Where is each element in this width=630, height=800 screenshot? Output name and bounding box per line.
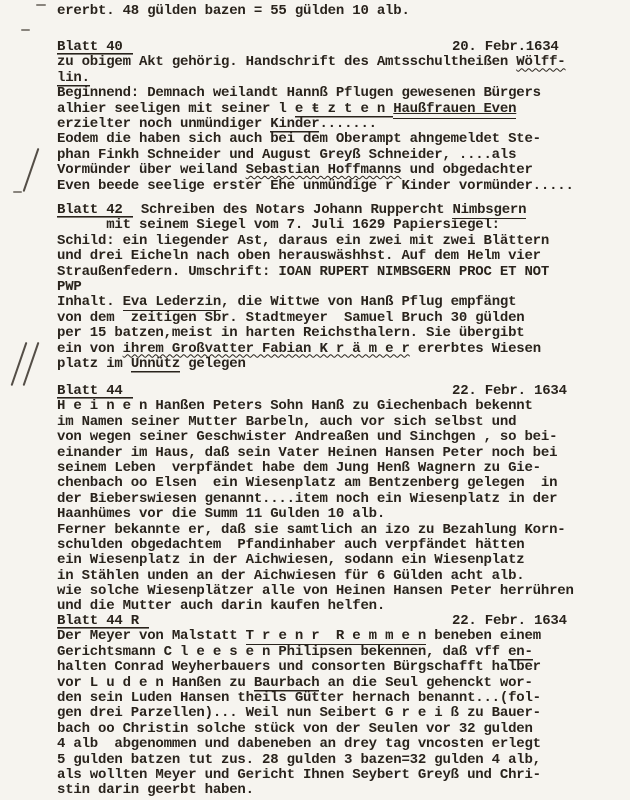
text-segment: und obgedachter <box>401 162 532 178</box>
text-line: H e i n e n Hanßen Peters Sohn Hanß zu G… <box>57 399 620 414</box>
text-segment: zu obigem Akt gehörig. Handschrift des A… <box>57 54 516 70</box>
handwritten-slash-mark <box>23 148 40 192</box>
text-line: ein Wiesenplatz in der Aichwiesen, sodan… <box>57 553 620 568</box>
underlined-text: Unnütz <box>131 356 180 373</box>
text-line: ein von ihrem Großvatter Fabian K r ä m … <box>57 342 620 357</box>
blatt-heading: Blatt 44 <box>57 383 133 399</box>
text-segment: einander im Haus, daß sein Vater Heinen … <box>57 445 557 461</box>
underlined-text: Wölff- <box>516 54 565 70</box>
pencil-dash-mark <box>36 4 46 6</box>
blatt-heading: Blatt 40 <box>57 39 133 55</box>
underlined-text: ihrem Großvatter Fabian K r ä m e r <box>123 341 410 357</box>
text-segment: ein von <box>57 341 123 357</box>
text-line: platz im Unnütz gelegen <box>57 357 620 372</box>
text-segment: ein Wiesenplatz in der Aichwiesen, sodan… <box>57 552 524 568</box>
text-segment: 4 alb abgenommen und dabeneben an drey t… <box>57 736 541 752</box>
document-section: Blatt 4422. Febr. 1634H e i n e n Hanßen… <box>57 384 620 615</box>
text-line: Haanhümes vor die Summ 11 Gulden 10 alb. <box>57 507 620 522</box>
blatt-heading: Blatt 44 R <box>57 613 149 629</box>
text-segment: Vormünder über weiland <box>57 162 246 178</box>
text-segment: wie solche Wiesenplätzer alle von Heinen… <box>57 583 574 599</box>
section-heading-row: Blatt 44 R22. Febr. 1634 <box>57 614 620 629</box>
document-section: Blatt 42 Schreiben des Notars Johann Rup… <box>57 203 620 372</box>
text-line: Ferner bekannte er, daß sie samtlich an … <box>57 523 620 538</box>
text-segment: vor L u d e n Hanßen zu <box>57 675 254 691</box>
text-segment: Beginnend: Demnach weilandt Hannß Pfluge… <box>57 85 541 101</box>
text-line: bach oo Christin solche stück von der Se… <box>57 722 620 737</box>
text-segment: ....... <box>319 116 376 132</box>
document-page: ererbt. 48 gülden bazen = 55 gülden 10 a… <box>0 0 630 800</box>
text-segment: gelegen <box>180 356 246 372</box>
text-segment: den sein Luden Hansen theils Gütter hern… <box>57 690 541 706</box>
text-segment: per 15 batzen,meist in harten Reichsthal… <box>57 325 524 341</box>
text-line: phan Finkh Schneider und August Greyß Sc… <box>57 148 620 163</box>
text-segment: H e i n e n Hanßen Peters Sohn Hanß zu G… <box>57 398 533 414</box>
text-line: PWP <box>57 280 620 295</box>
date-label: 22. Febr. 1634 <box>452 384 567 399</box>
text-line: Vormünder über weiland Sebastian Hoffman… <box>57 163 620 178</box>
text-line: den sein Luden Hansen theils Gütter hern… <box>57 691 620 706</box>
text-segment: und drei Eicheln nach oben herauswäshhst… <box>57 248 541 264</box>
text-line: zu obigem Akt gehörig. Handschrift des A… <box>57 55 620 70</box>
text-line: von wegen seiner Geschwister Andreaßen u… <box>57 430 620 445</box>
text-segment: seinem Leben verpfändet habe dem Jung He… <box>57 460 541 476</box>
text-segment: , die Wittwe von Hanß Pflug empfängt <box>221 294 516 310</box>
text-line: 4 alb abgenommen und dabeneben an drey t… <box>57 737 620 752</box>
text-segment: als wollten Meyer und Gericht Ihnen Seyb… <box>57 767 541 783</box>
text-segment: gen drei Parzellen)... Weil nun Seibert … <box>57 705 541 721</box>
text-line: einander im Haus, daß sein Vater Heinen … <box>57 446 620 461</box>
underlined-text: Sebastian Hoffmanns <box>246 162 402 178</box>
text-line: gen drei Parzellen)... Weil nun Seibert … <box>57 706 620 721</box>
text-line: Even beede seelige erster Ehe unmündige … <box>57 179 620 194</box>
text-line: Eodem die haben sich auch bei dem Oberam… <box>57 132 620 147</box>
text-line: und drei Eicheln nach oben herauswäshhst… <box>57 249 620 264</box>
text-segment: PWP <box>57 279 82 295</box>
text-segment: von dem zeitigen Sbr. Stadtmeyer Samuel … <box>57 310 524 326</box>
text-segment: ererbtes Wiesen <box>410 341 541 357</box>
text-line: Inhalt. Eva Lederzin, die Wittwe von Han… <box>57 295 620 310</box>
text-segment: stin darin geerbt haben. <box>57 782 254 798</box>
text-line: ererbt. 48 gülden bazen = 55 gülden 10 a… <box>57 4 620 19</box>
text-line: Schild: ein liegender Ast, daraus ein zw… <box>57 234 620 249</box>
text-line: mit seinem Siegel vom 7. Juli 1629 Papie… <box>57 218 620 233</box>
text-line: in Stählen unden an der Aichwiesen für 6… <box>57 569 620 584</box>
pencil-dash-mark <box>21 29 30 31</box>
text-line: stin darin geerbt haben. <box>57 783 620 798</box>
text-segment: der Bieberswiesen genannt....item noch e… <box>57 491 557 507</box>
document-section: Blatt 4020. Febr.1634zu obigem Akt gehör… <box>57 40 620 194</box>
text-segment: Straußenfedern. Umschrift: IOAN RUPERT N… <box>57 264 549 280</box>
text-segment: Der Meyer von Malstatt <box>57 628 246 644</box>
text-segment: halten Conrad Weyherbauers und consorten… <box>57 659 541 675</box>
section-heading-row: Blatt 4020. Febr.1634 <box>57 40 620 55</box>
text-line: der Bieberswiesen genannt....item noch e… <box>57 492 620 507</box>
text-segment: phan Finkh Schneider und August Greyß Sc… <box>57 147 516 163</box>
text-line: Der Meyer von Malstatt T r e n r R e m m… <box>57 629 620 644</box>
text-line: alhier seeligen mit seiner l e ŧ z t e n… <box>57 102 620 117</box>
text-segment: Schild: ein liegender Ast, daraus ein zw… <box>57 233 549 249</box>
text-line: schulden obgedachtem Pfandinhaber auch v… <box>57 538 620 553</box>
text-line: chenbach oo Elsen ein Wiesenplatz am Ben… <box>57 476 620 491</box>
date-label: 22. Febr. 1634 <box>452 614 567 629</box>
text-segment: Ferner bekannte er, daß sie samtlich an … <box>57 522 566 538</box>
text-segment: alhier seeligen mit seiner l <box>57 101 295 117</box>
text-line: seinem Leben verpfändet habe dem Jung He… <box>57 461 620 476</box>
text-line: im Namen seiner Mutter Barbeln, auch vor… <box>57 415 620 430</box>
section-heading-row: Blatt 42 Schreiben des Notars Johann Rup… <box>57 203 620 218</box>
text-line: erzielter noch unmündiger Kinder....... <box>57 117 620 132</box>
text-line: als wollten Meyer und Gericht Ihnen Seyb… <box>57 768 620 783</box>
text-segment: Schreiben des Notars Johann Ruppercht <box>133 202 453 218</box>
document-section: Blatt 44 R22. Febr. 1634Der Meyer von Ma… <box>57 614 620 799</box>
text-segment: von wegen seiner Geschwister Andreaßen u… <box>57 429 557 445</box>
text-line: 5 gulden batzen tut zus. 28 gulden 3 baz… <box>57 753 620 768</box>
text-line: von dem zeitigen Sbr. Stadtmeyer Samuel … <box>57 311 620 326</box>
section-heading-row: Blatt 4422. Febr. 1634 <box>57 384 620 399</box>
blatt-heading: Blatt 42 <box>57 202 133 218</box>
text-line: vor L u d e n Hanßen zu Baurbach an die … <box>57 676 620 691</box>
text-segment: an die Seul gehenckt wor- <box>319 675 532 691</box>
text-segment: bach oo Christin solche stück von der Se… <box>57 721 533 737</box>
text-segment: beneben einem <box>426 628 541 644</box>
text-segment: mit seinem Siegel vom 7. Juli 1629 Papie… <box>57 217 500 233</box>
text-line: Beginnend: Demnach weilandt Hannß Pfluge… <box>57 86 620 101</box>
text-segment: chenbach oo Elsen ein Wiesenplatz am Ben… <box>57 475 557 491</box>
text-segment: platz im <box>57 356 131 372</box>
text-segment: Inhalt. <box>57 294 123 310</box>
document-section: ererbt. 48 gülden bazen = 55 gülden 10 a… <box>57 4 620 19</box>
text-segment: schulden obgedachtem Pfandinhaber auch v… <box>57 537 524 553</box>
text-line: wie solche Wiesenplätzer alle von Heinen… <box>57 584 620 599</box>
text-segment: in Stählen unden an der Aichwiesen für 6… <box>57 568 524 584</box>
underlined-text: Haußfrauen Even <box>393 101 516 120</box>
text-line: lin. <box>57 71 620 86</box>
underlined-text: Nimbsgern <box>452 202 526 219</box>
pencil-dash-mark <box>13 191 22 193</box>
text-segment: im Namen seiner Mutter Barbeln, auch vor… <box>57 414 516 430</box>
text-line: Gerichtsmann C l e e s e n Philipsen bek… <box>57 645 620 660</box>
text-line: Straußenfedern. Umschrift: IOAN RUPERT N… <box>57 265 620 280</box>
text-line: per 15 batzen,meist in harten Reichsthal… <box>57 326 620 341</box>
text-segment: Gerichtsmann C l e e s e n Philipsen bek… <box>57 644 508 660</box>
text-line: halten Conrad Weyherbauers und consorten… <box>57 660 620 675</box>
text-segment: Eodem die haben sich auch bei dem Oberam… <box>57 131 541 147</box>
text-segment: Even beede seelige erster Ehe unmündige … <box>57 178 574 194</box>
text-segment: ererbt. 48 gülden bazen = 55 gülden 10 a… <box>57 3 410 19</box>
text-segment: erzielter noch unmündiger <box>57 116 270 132</box>
date-label: 20. Febr.1634 <box>452 40 559 55</box>
text-segment: 5 gulden batzen tut zus. 28 gulden 3 baz… <box>57 752 541 768</box>
text-segment: Haanhümes vor die Summ 11 Gulden 10 alb. <box>57 506 385 522</box>
